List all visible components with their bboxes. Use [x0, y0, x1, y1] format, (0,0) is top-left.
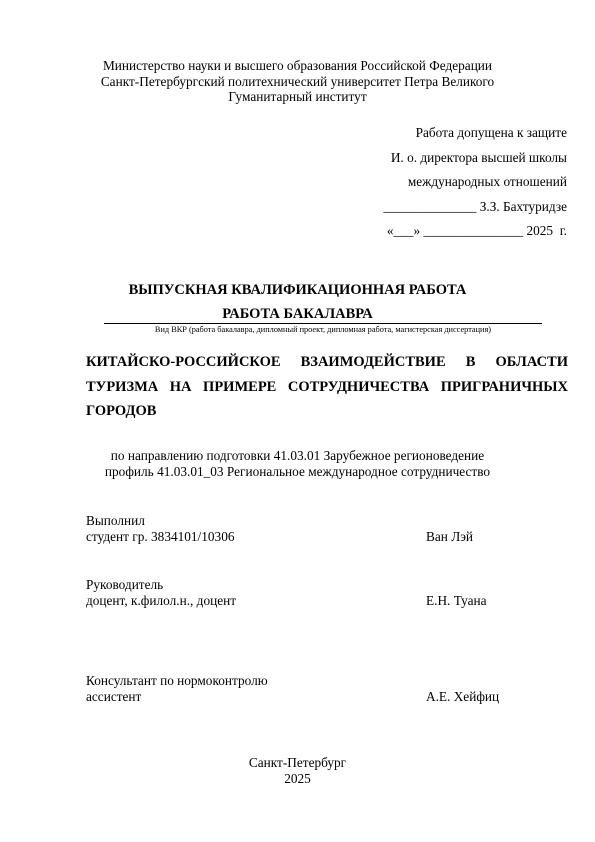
- supervisor-name: Е.Н. Туана: [426, 593, 487, 609]
- topic-line-3: ГОРОДОВ: [86, 399, 568, 424]
- work-type-underline: [104, 323, 542, 324]
- ministry-name: Министерство науки и высшего образования…: [0, 58, 595, 74]
- direction-line-2: профиль 41.03.01_03 Региональное междуна…: [0, 464, 595, 480]
- approval-line-2: И. о. директора высшей школы: [383, 146, 567, 171]
- year: 2025: [0, 771, 595, 787]
- author-name: Ван Лэй: [426, 529, 473, 545]
- work-type-hint: Вид ВКР (работа бакалавра, дипломный про…: [104, 325, 542, 334]
- supervisor-role: Руководитель: [86, 577, 236, 593]
- approval-block: Работа допущена к защите И. о. директора…: [383, 121, 567, 244]
- supervisor-position: доцент, к.филол.н., доцент: [86, 593, 236, 609]
- city: Санкт-Петербург: [0, 755, 595, 771]
- topic-line-1: КИТАЙСКО-РОССИЙСКОЕ ВЗАИМОДЕЙСТВИЕ В ОБЛ…: [86, 350, 568, 375]
- approval-line-1: Работа допущена к защите: [383, 121, 567, 146]
- approval-signature-line: ______________ З.З. Бахтуридзе: [383, 195, 567, 220]
- institution-header: Министерство науки и высшего образования…: [0, 58, 595, 105]
- work-type-title: ВЫПУСКНАЯ КВАЛИФИКАЦИОННАЯ РАБОТА: [0, 282, 595, 299]
- study-direction: по направлению подготовки 41.03.01 Заруб…: [0, 448, 595, 480]
- approval-line-3: международных отношений: [383, 170, 567, 195]
- topic-line-2: ТУРИЗМА НА ПРИМЕРЕ СОТРУДНИЧЕСТВА ПРИГРА…: [86, 375, 568, 400]
- work-type-kind: РАБОТА БАКАЛАВРА: [0, 306, 595, 323]
- approval-date-line: «___» _______________ 2025 г.: [383, 219, 567, 244]
- consultant-role: Консультант по нормоконтролю: [86, 673, 268, 689]
- thesis-topic: КИТАЙСКО-РОССИЙСКОЕ ВЗАИМОДЕЙСТВИЕ В ОБЛ…: [86, 350, 568, 424]
- footer: Санкт-Петербург 2025: [0, 755, 595, 787]
- consultant-name: А.Е. Хейфиц: [426, 689, 499, 705]
- author-block: Выполнил студент гр. 3834101/10306: [86, 513, 235, 545]
- institute-name: Гуманитарный институт: [0, 89, 595, 105]
- author-role: Выполнил: [86, 513, 235, 529]
- university-name: Санкт-Петербургский политехнический унив…: [0, 74, 595, 90]
- supervisor-block: Руководитель доцент, к.филол.н., доцент: [86, 577, 236, 609]
- consultant-position: ассистент: [86, 689, 268, 705]
- direction-line-1: по направлению подготовки 41.03.01 Заруб…: [0, 448, 595, 464]
- consultant-block: Консультант по нормоконтролю ассистент: [86, 673, 268, 705]
- author-position: студент гр. 3834101/10306: [86, 529, 235, 545]
